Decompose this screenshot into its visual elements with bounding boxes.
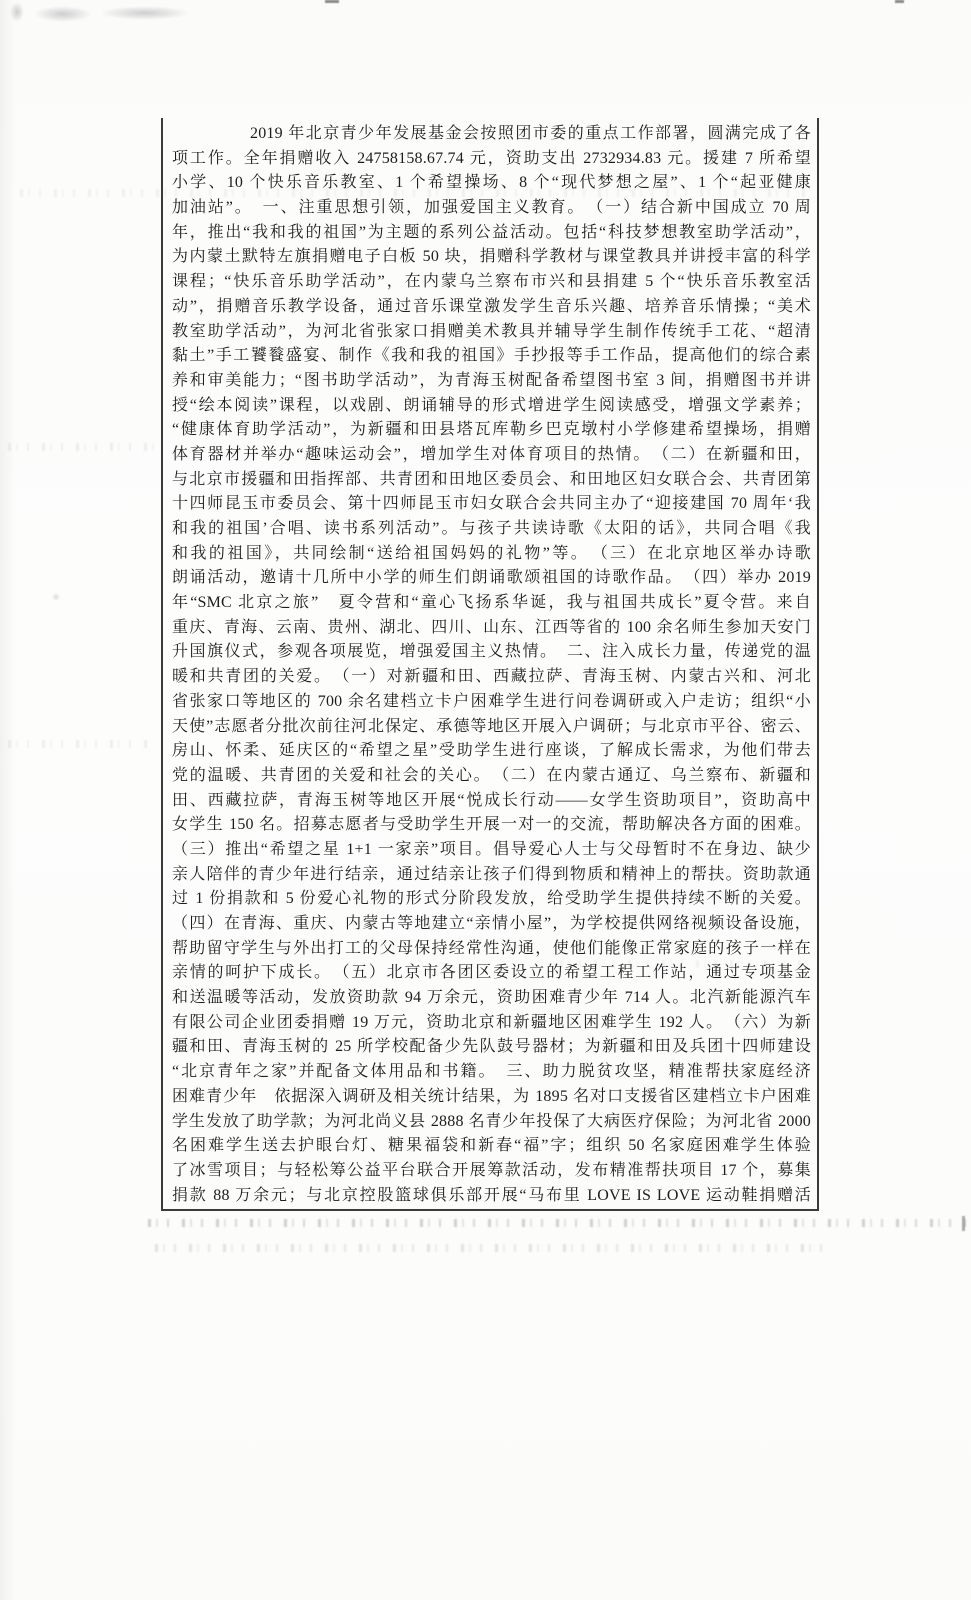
text-line-20: 年“SMC 北京之旅” 夏令营和“童心飞扬系华诞，我与祖国共成长”夏令营。来自: [172, 591, 811, 616]
text-line-9: 教室助学活动”，为河北省张家口捐赠美术教具并辅导学生制作传统手工花、“超清: [172, 320, 811, 345]
text-line-28: 田、西藏拉萨，青海玉树等地区开展“悦成长行动——女学生资助项目”，资助高中: [172, 789, 811, 814]
text-line-27: 党的温暖、共青团的关爱和社会的关心。 （二）在内蒙古通辽、乌兰察布、新疆和: [172, 764, 811, 789]
text-line-2: 项工作。全年捐赠收入 24758158.67.74 元，资助支出 2732934…: [172, 147, 811, 172]
text-line-38: 疆和田、青海玉树的 25 所学校配备少先队鼓号器材；为新疆和田及兵团十四师建设: [172, 1035, 811, 1060]
text-line-24: 省张家口等地区的 700 余名建档立卡户困难学生进行问卷调研或入户走访；组织“小: [172, 690, 811, 715]
text-line-40: 困难青少年 依据深入调研及相关统计结果，为 1895 名对口支援省区建档立卡户困…: [172, 1085, 811, 1110]
text-line-19: 朗诵活动，邀请十几所中小学的师生们朗诵歌颂祖国的诗歌作品。 （四）举办 2019: [172, 566, 811, 591]
text-line-43: 了冰雪项目；与轻松筹公益平台联合开展筹款活动，发布精准帮扶项目 17 个，募集: [172, 1159, 811, 1184]
text-line-21: 重庆、青海、云南、贵州、湖北、四川、山东、江西等省的 100 余名师生参加天安门: [172, 616, 811, 641]
report-body: 2019 年北京青少年发展基金会按照团市委的重点工作部署，圆满完成了各项工作。全…: [172, 122, 811, 1208]
text-line-31: 亲人陪伴的青少年进行结亲，通过结亲让孩子们得到物质和精神上的帮扶。资助款通: [172, 863, 811, 888]
text-line-17: 和我的祖国’合唱、读书系列活动”。与孩子共读诗歌《太阳的话》，共同合唱《我: [172, 517, 811, 542]
text-line-26: 房山、怀柔、延庆区的“希望之星”受助学生进行座谈，了解成长需求，为他们带去: [172, 739, 811, 764]
scan-artifact: [148, 1219, 966, 1227]
text-line-44: 捐款 88 万余元；与北京控股篮球俱乐部开展“马布里 LOVE IS LOVE …: [172, 1184, 811, 1209]
text-line-14: 体育器材并举办“趣味运动会”，增加学生对体育项目的热情。 （二）在新疆和田，: [172, 443, 811, 468]
scan-artifact: [8, 443, 158, 451]
text-line-37: 有限公司企业团委捐赠 19 万元，资助北京和新疆地区困难学生 192 人。 （六…: [172, 1011, 811, 1036]
scan-artifact: [52, 593, 60, 601]
text-line-41: 学生发放了助学款；为河北尚义县 2888 名青少年投保了大病医疗保险；为河北省 …: [172, 1110, 811, 1135]
text-line-34: 帮助留守学生与外出打工的父母保持经常性沟通，使他们能像正常家庭的孩子一样在: [172, 937, 811, 962]
text-line-22: 升国旗仪式，参观各项展览，增强爱国主义热情。 二、注入成长力量，传递党的温: [172, 640, 811, 665]
text-line-36: 和送温暖等活动，发放资助款 94 万余元，资助困难青少年 714 人。北汽新能源…: [172, 986, 811, 1011]
text-line-1: 2019 年北京青少年发展基金会按照团市委的重点工作部署，圆满完成了各: [172, 122, 811, 147]
text-line-8: 动”，捐赠音乐教学设备，通过音乐课堂激发学生音乐兴趣、培养音乐情操；“美术: [172, 295, 811, 320]
scan-artifact: [325, 0, 339, 3]
text-line-32: 过 1 份捐款和 5 份爱心礼物的形式分阶段发放，给受助学生提供持续不断的关爱。: [172, 887, 811, 912]
text-line-25: 天使”志愿者分批次前往河北保定、承德等地区开展入户调研；与北京市平谷、密云、: [172, 715, 811, 740]
text-line-42: 名困难学生送去护眼台灯、糖果福袋和新春“福”字；组织 50 名家庭困难学生体验: [172, 1134, 811, 1159]
text-line-10: 黏土”手工饕餮盛宴、制作《我和我的祖国》手抄报等手工作品，提高他们的综合素: [172, 344, 811, 369]
text-line-39: “北京青年之家”并配备文体用品和书籍。 三、助力脱贫攻坚，精准帮扶家庭经济: [172, 1060, 811, 1085]
scan-artifact: [155, 1244, 835, 1252]
text-line-35: 亲情的呵护下成长。 （五）北京市各团区委设立的希望工程工作站，通过专项基金: [172, 961, 811, 986]
scan-artifact: [100, 6, 190, 20]
document-frame: 2019 年北京青少年发展基金会按照团市委的重点工作部署，圆满完成了各项工作。全…: [161, 118, 819, 1211]
scan-artifact: [34, 6, 92, 22]
text-line-4: 加油站”。 一、注重思想引领，加强爱国主义教育。 （一）结合新中国成立 70 周: [172, 196, 811, 221]
text-line-6: 为内蒙土默特左旗捐赠电子白板 50 块，捐赠科学教材与课堂教具并讲授丰富的科学: [172, 245, 811, 270]
text-line-18: 和我的祖国》，共同绘制“送给祖国妈妈的礼物”等。 （三）在北京地区举办诗歌: [172, 542, 811, 567]
text-line-13: “健康体育助学活动”，为新疆和田县塔瓦库勒乡巴克墩村小学修建希望操场，捐赠: [172, 418, 811, 443]
scan-artifact: [962, 1216, 965, 1231]
text-line-30: （三）推出“希望之星 1+1 一家亲”项目。倡导爱心人士与父母暂时不在身边、缺少: [172, 838, 811, 863]
text-line-7: 课程；“快乐音乐助学活动”，在内蒙乌兰察布市兴和县捐建 5 个“快乐音乐教室活: [172, 270, 811, 295]
text-line-5: 年，推出“我和我的祖国”为主题的系列公益活动。包括“科技梦想教室助学活动”，: [172, 221, 811, 246]
text-line-12: 授“绘本阅读”课程，以戏剧、朗诵辅导的形式增进学生阅读感受，增强文学素养；: [172, 394, 811, 419]
text-line-11: 养和审美能力；“图书助学活动”，为青海玉树配备希望图书室 3 间，捐赠图书并讲: [172, 369, 811, 394]
text-line-23: 暖和共青团的关爱。 （一）对新疆和田、西藏拉萨、青海玉树、内蒙古兴和、河北: [172, 665, 811, 690]
scanned-page: 2019 年北京青少年发展基金会按照团市委的重点工作部署，圆满完成了各项工作。全…: [0, 0, 971, 1600]
text-line-3: 小学、10 个快乐音乐教室、1 个希望操场、8 个“现代梦想之屋”、1 个“起亚…: [172, 171, 811, 196]
scan-artifact: [10, 2, 24, 22]
scan-artifact: [895, 0, 904, 3]
text-line-15: 与北京市援疆和田指挥部、共青团和田地区委员会、和田地区妇女联合会、共青团第: [172, 468, 811, 493]
text-line-33: （四）在青海、重庆、内蒙古等地建立“亲情小屋”，为学校提供网络视频设备设施，: [172, 912, 811, 937]
text-line-16: 十四师昆玉市委员会、第十四师昆玉市妇女联合会共同主办了“迎接建国 70 周年‘我: [172, 492, 811, 517]
text-line-29: 女学生 150 名。招募志愿者与受助学生开展一对一的交流，帮助解决各方面的困难。: [172, 813, 811, 838]
scan-artifact: [8, 740, 148, 748]
